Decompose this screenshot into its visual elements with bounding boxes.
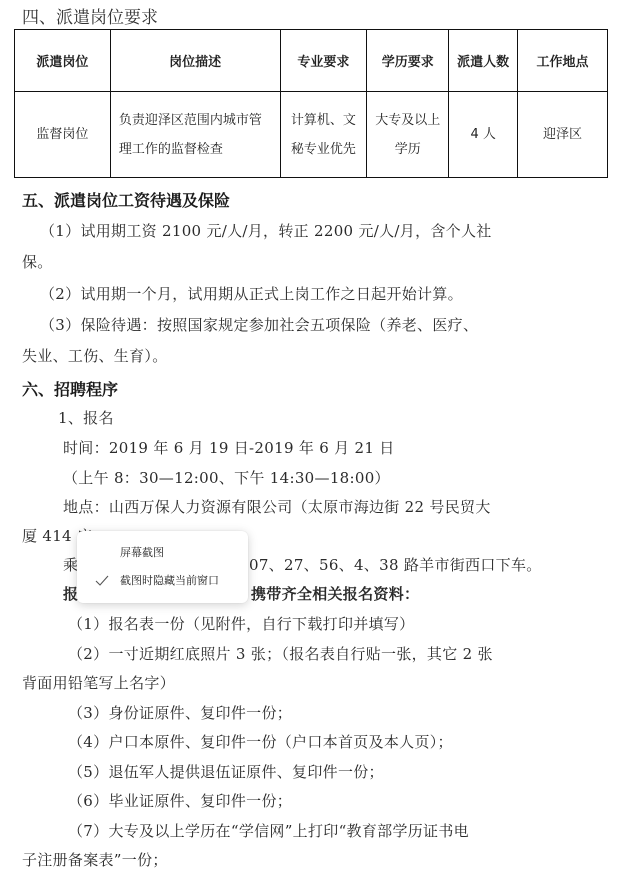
header-location: 工作地点 bbox=[518, 30, 608, 92]
screenshot-context-menu: 屏幕截图 截图时隐藏当前窗口 bbox=[77, 531, 248, 603]
cell-major: 计算机、文 秘专业优先 bbox=[280, 92, 367, 178]
header-major: 专业要求 bbox=[280, 30, 367, 92]
material-item-7-line-2: 子注册备案表”一份； bbox=[22, 849, 168, 870]
step-1-title: 1、报名 bbox=[58, 407, 114, 428]
header-description: 岗位描述 bbox=[110, 30, 280, 92]
cell-description: 负责迎泽区范围内城市管 理工作的监督检查 bbox=[110, 92, 280, 178]
menu-item-label: 屏幕截图 bbox=[120, 539, 164, 567]
major-line-1: 计算机、文 bbox=[285, 106, 363, 135]
cell-education: 大专及以上 学历 bbox=[367, 92, 449, 178]
material-item-1: （1）报名表一份（见附件，自行下载打印并填写） bbox=[68, 613, 414, 634]
cell-position: 监督岗位 bbox=[15, 92, 111, 178]
registration-hours: （上午 8：30—12:00、下午 14:30—18:00） bbox=[63, 467, 390, 488]
menu-item-screen-capture[interactable]: 屏幕截图 bbox=[77, 539, 248, 567]
cell-location: 迎泽区 bbox=[518, 92, 608, 178]
registration-place-line-1: 地点：山西万保人力资源有限公司（太原市海边街 22 号民贸大 bbox=[63, 496, 491, 517]
registration-time: 时间：2019 年 6 月 19 日-2019 年 6 月 21 日 bbox=[63, 437, 395, 458]
material-item-6: （6）毕业证原件、复印件一份； bbox=[68, 790, 292, 811]
menu-item-hide-window-on-capture[interactable]: 截图时隐藏当前窗口 bbox=[77, 567, 248, 595]
salary-item-1-line-1: （1）试用期工资 2100 元/人/月，转正 2200 元/人/月，含个人社 bbox=[40, 220, 492, 241]
material-item-2-line-2: 背面用铅笔写上名字） bbox=[22, 672, 175, 693]
description-line-1: 负责迎泽区范围内城市管 bbox=[119, 106, 276, 135]
header-position: 派遣岗位 bbox=[15, 30, 111, 92]
section-6-title: 六、招聘程序 bbox=[22, 377, 118, 400]
materials-intro-end: 携带齐全相关报名资料： bbox=[251, 583, 419, 604]
description-line-2: 理工作的监督检查 bbox=[119, 135, 276, 164]
header-education: 学历要求 bbox=[367, 30, 449, 92]
section-4-title: 四、派遣岗位要求 bbox=[22, 3, 158, 28]
material-item-4: （4）户口本原件、复印件一份（户口本首页及本人页）； bbox=[68, 731, 453, 752]
section-5-title: 五、派遣岗位工资待遇及保险 bbox=[22, 188, 230, 211]
table-row: 监督岗位 负责迎泽区范围内城市管 理工作的监督检查 计算机、文 秘专业优先 大专… bbox=[15, 92, 608, 178]
salary-item-2: （2）试用期一个月，试用期从正式上岗工作之日起开始计算。 bbox=[40, 283, 463, 304]
material-item-7-line-1: （7）大专及以上学历在“学信网”上打印“教育部学历证书电 bbox=[68, 820, 469, 841]
checkmark-icon bbox=[94, 567, 110, 595]
header-count: 派遣人数 bbox=[449, 30, 518, 92]
major-line-2: 秘专业优先 bbox=[285, 135, 363, 164]
bus-route-end: 07、27、56、4、38 路羊市街西口下车。 bbox=[249, 554, 542, 575]
menu-item-label: 截图时隐藏当前窗口 bbox=[120, 567, 219, 595]
education-line-2: 学历 bbox=[371, 135, 444, 164]
salary-item-3-line-1: （3）保险待遇：按照国家规定参加社会五项保险（养老、医疗、 bbox=[40, 314, 478, 335]
table-header-row: 派遣岗位 岗位描述 专业要求 学历要求 派遣人数 工作地点 bbox=[15, 30, 608, 92]
material-item-3: （3）身份证原件、复印件一份； bbox=[68, 702, 292, 723]
job-requirements-table: 派遣岗位 岗位描述 专业要求 学历要求 派遣人数 工作地点 监督岗位 负责迎泽区… bbox=[14, 29, 608, 178]
material-item-5: （5）退伍军人提供退伍证原件、复印件一份； bbox=[68, 761, 384, 782]
salary-item-3-line-2: 失业、工伤、生育）。 bbox=[22, 345, 168, 366]
salary-item-1-line-2: 保。 bbox=[22, 251, 53, 272]
material-item-2-line-1: （2）一寸近期红底照片 3 张；（报名表自行贴一张，其它 2 张 bbox=[68, 643, 493, 664]
education-line-1: 大专及以上 bbox=[371, 106, 444, 135]
cell-count: 4 人 bbox=[449, 92, 518, 178]
